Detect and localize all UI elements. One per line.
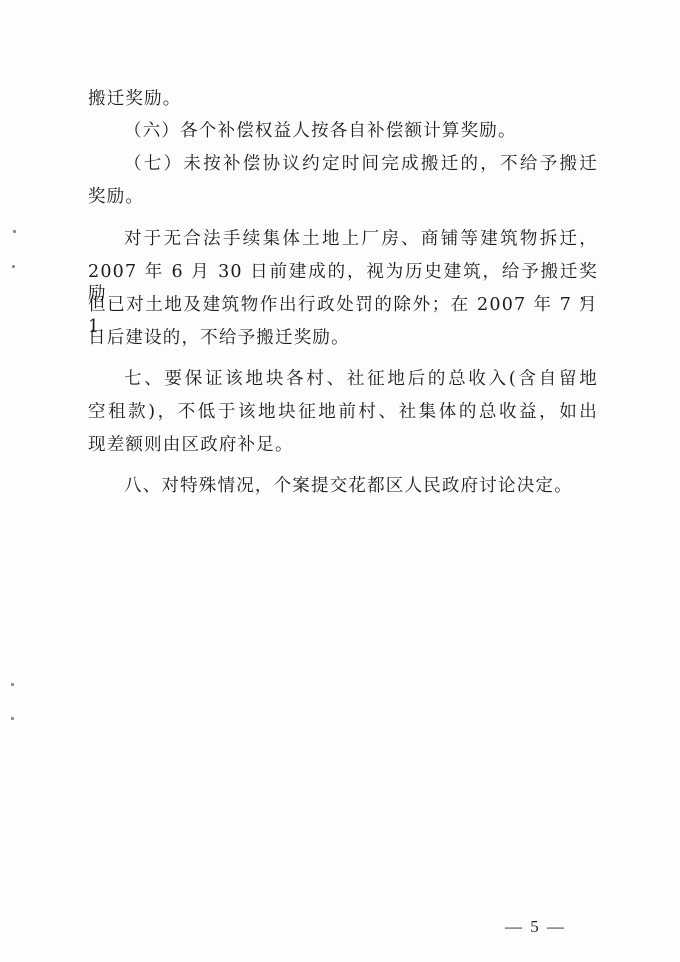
binding-hole-mark bbox=[11, 683, 14, 686]
binding-hole-mark bbox=[12, 265, 15, 268]
text-line-3: （七）未按补偿协议约定时间完成搬迁的，不给予搬迁 bbox=[124, 153, 598, 175]
text-line-5: 对于无合法手续集体土地上厂房、商铺等建筑物拆迁， bbox=[124, 228, 598, 250]
page-number: — 5 — bbox=[505, 917, 566, 937]
text-line-4: 奖励。 bbox=[88, 186, 598, 208]
binding-hole-mark bbox=[13, 230, 16, 233]
text-line-11: 现差额则由区政府补足。 bbox=[88, 434, 598, 456]
text-line-1: 搬迁奖励。 bbox=[88, 88, 598, 110]
text-line-2: （六）各个补偿权益人按各自补偿额计算奖励。 bbox=[124, 120, 598, 142]
binding-hole-mark bbox=[11, 717, 14, 720]
text-line-12: 八、对特殊情况，个案提交花都区人民政府讨论决定。 bbox=[124, 475, 598, 497]
text-line-10: 空租款)，不低于该地块征地前村、社集体的总收益，如出 bbox=[88, 401, 598, 423]
document-page: 搬迁奖励。 （六）各个补偿权益人按各自补偿额计算奖励。 （七）未按补偿协议约定时… bbox=[0, 0, 680, 962]
text-line-8: 日后建设的，不给予搬迁奖励。 bbox=[88, 327, 598, 349]
text-line-9: 七、要保证该地块各村、社征地后的总收入(含自留地 bbox=[124, 368, 598, 390]
